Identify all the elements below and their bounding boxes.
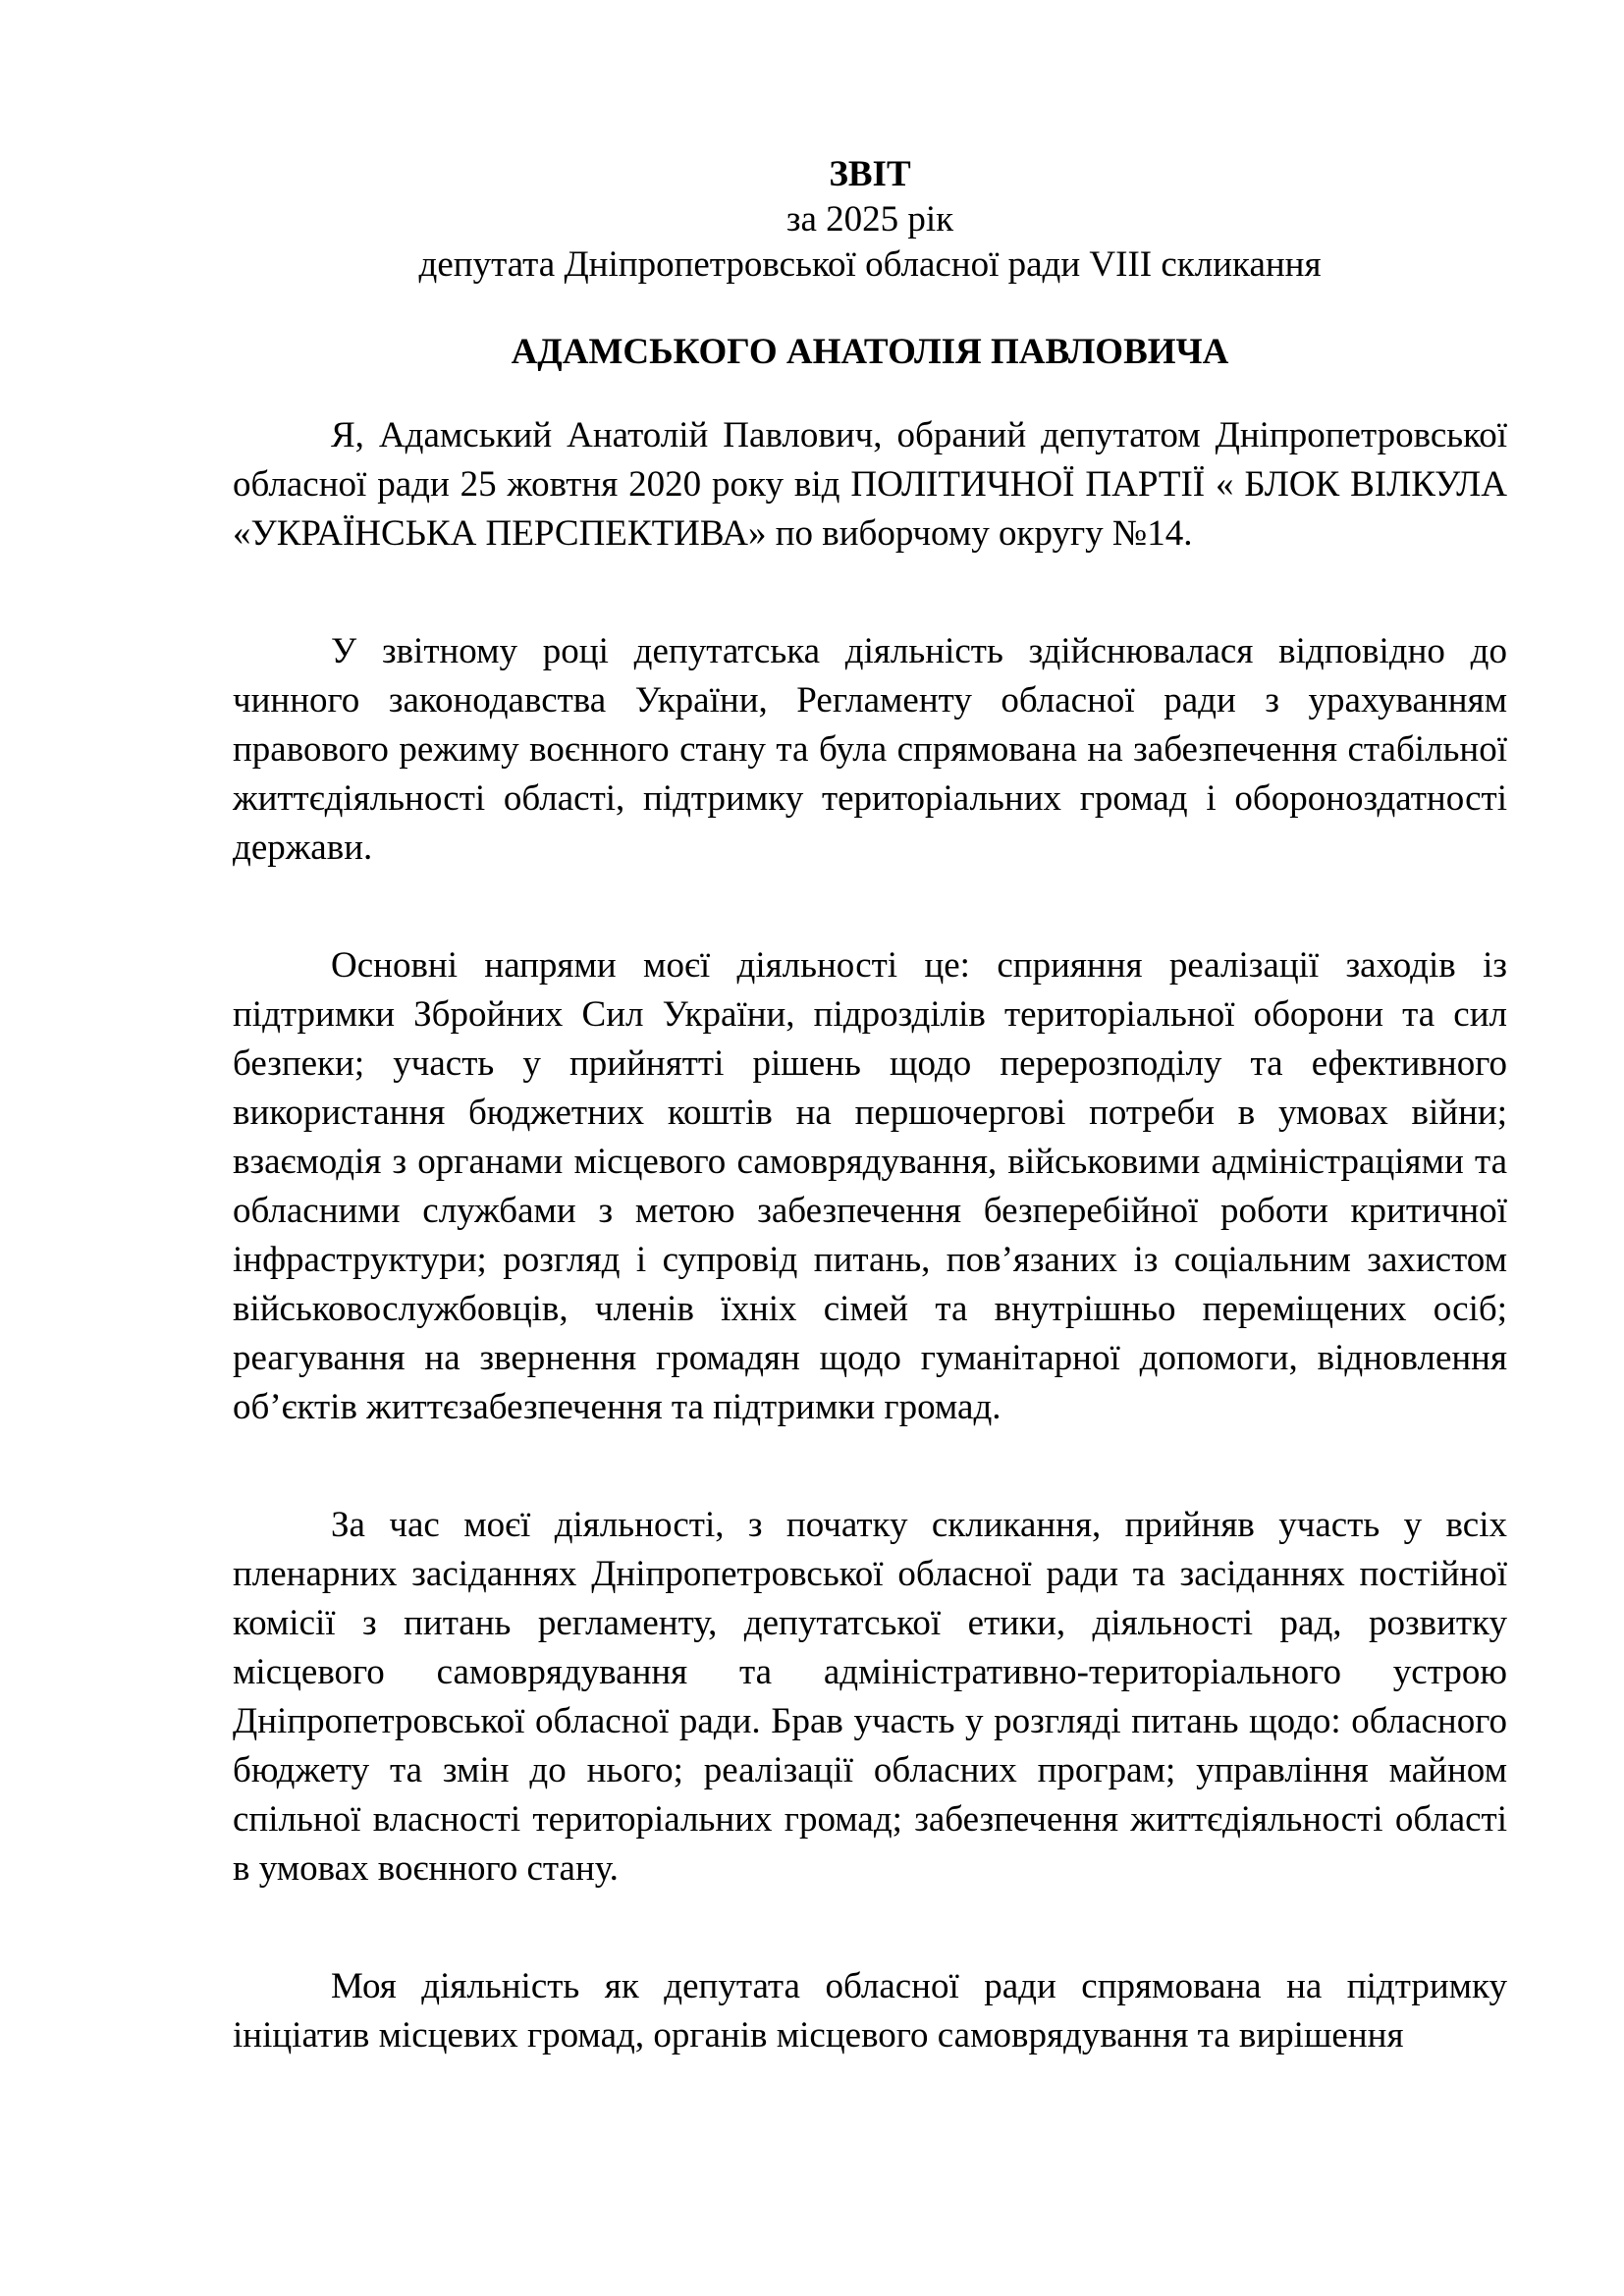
report-header: ЗВІТ за 2025 рік депутата Дніпропетровсь… xyxy=(233,152,1507,288)
paragraph-sessions-participation: За час моєї діяльності, з початку склика… xyxy=(233,1501,1507,1894)
paragraph-intro: Я, Адамський Анатолій Павлович, обраний … xyxy=(233,411,1507,559)
document-page: ЗВІТ за 2025 рік депутата Дніпропетровсь… xyxy=(0,0,1624,2296)
report-year-line: за 2025 рік xyxy=(233,197,1507,242)
report-subtitle-line: депутата Дніпропетровської обласної ради… xyxy=(233,242,1507,288)
report-title: ЗВІТ xyxy=(233,152,1507,197)
paragraph-community-support: Моя діяльність як депутата обласної ради… xyxy=(233,1962,1507,2060)
deputy-name: АДАМСЬКОГО АНАТОЛІЯ ПАВЛОВИЧА xyxy=(233,328,1507,377)
paragraph-main-directions: Основні напрями моєї діяльності це: спри… xyxy=(233,941,1507,1432)
paragraph-reporting-year: У звітному році депутатська діяльність з… xyxy=(233,627,1507,873)
